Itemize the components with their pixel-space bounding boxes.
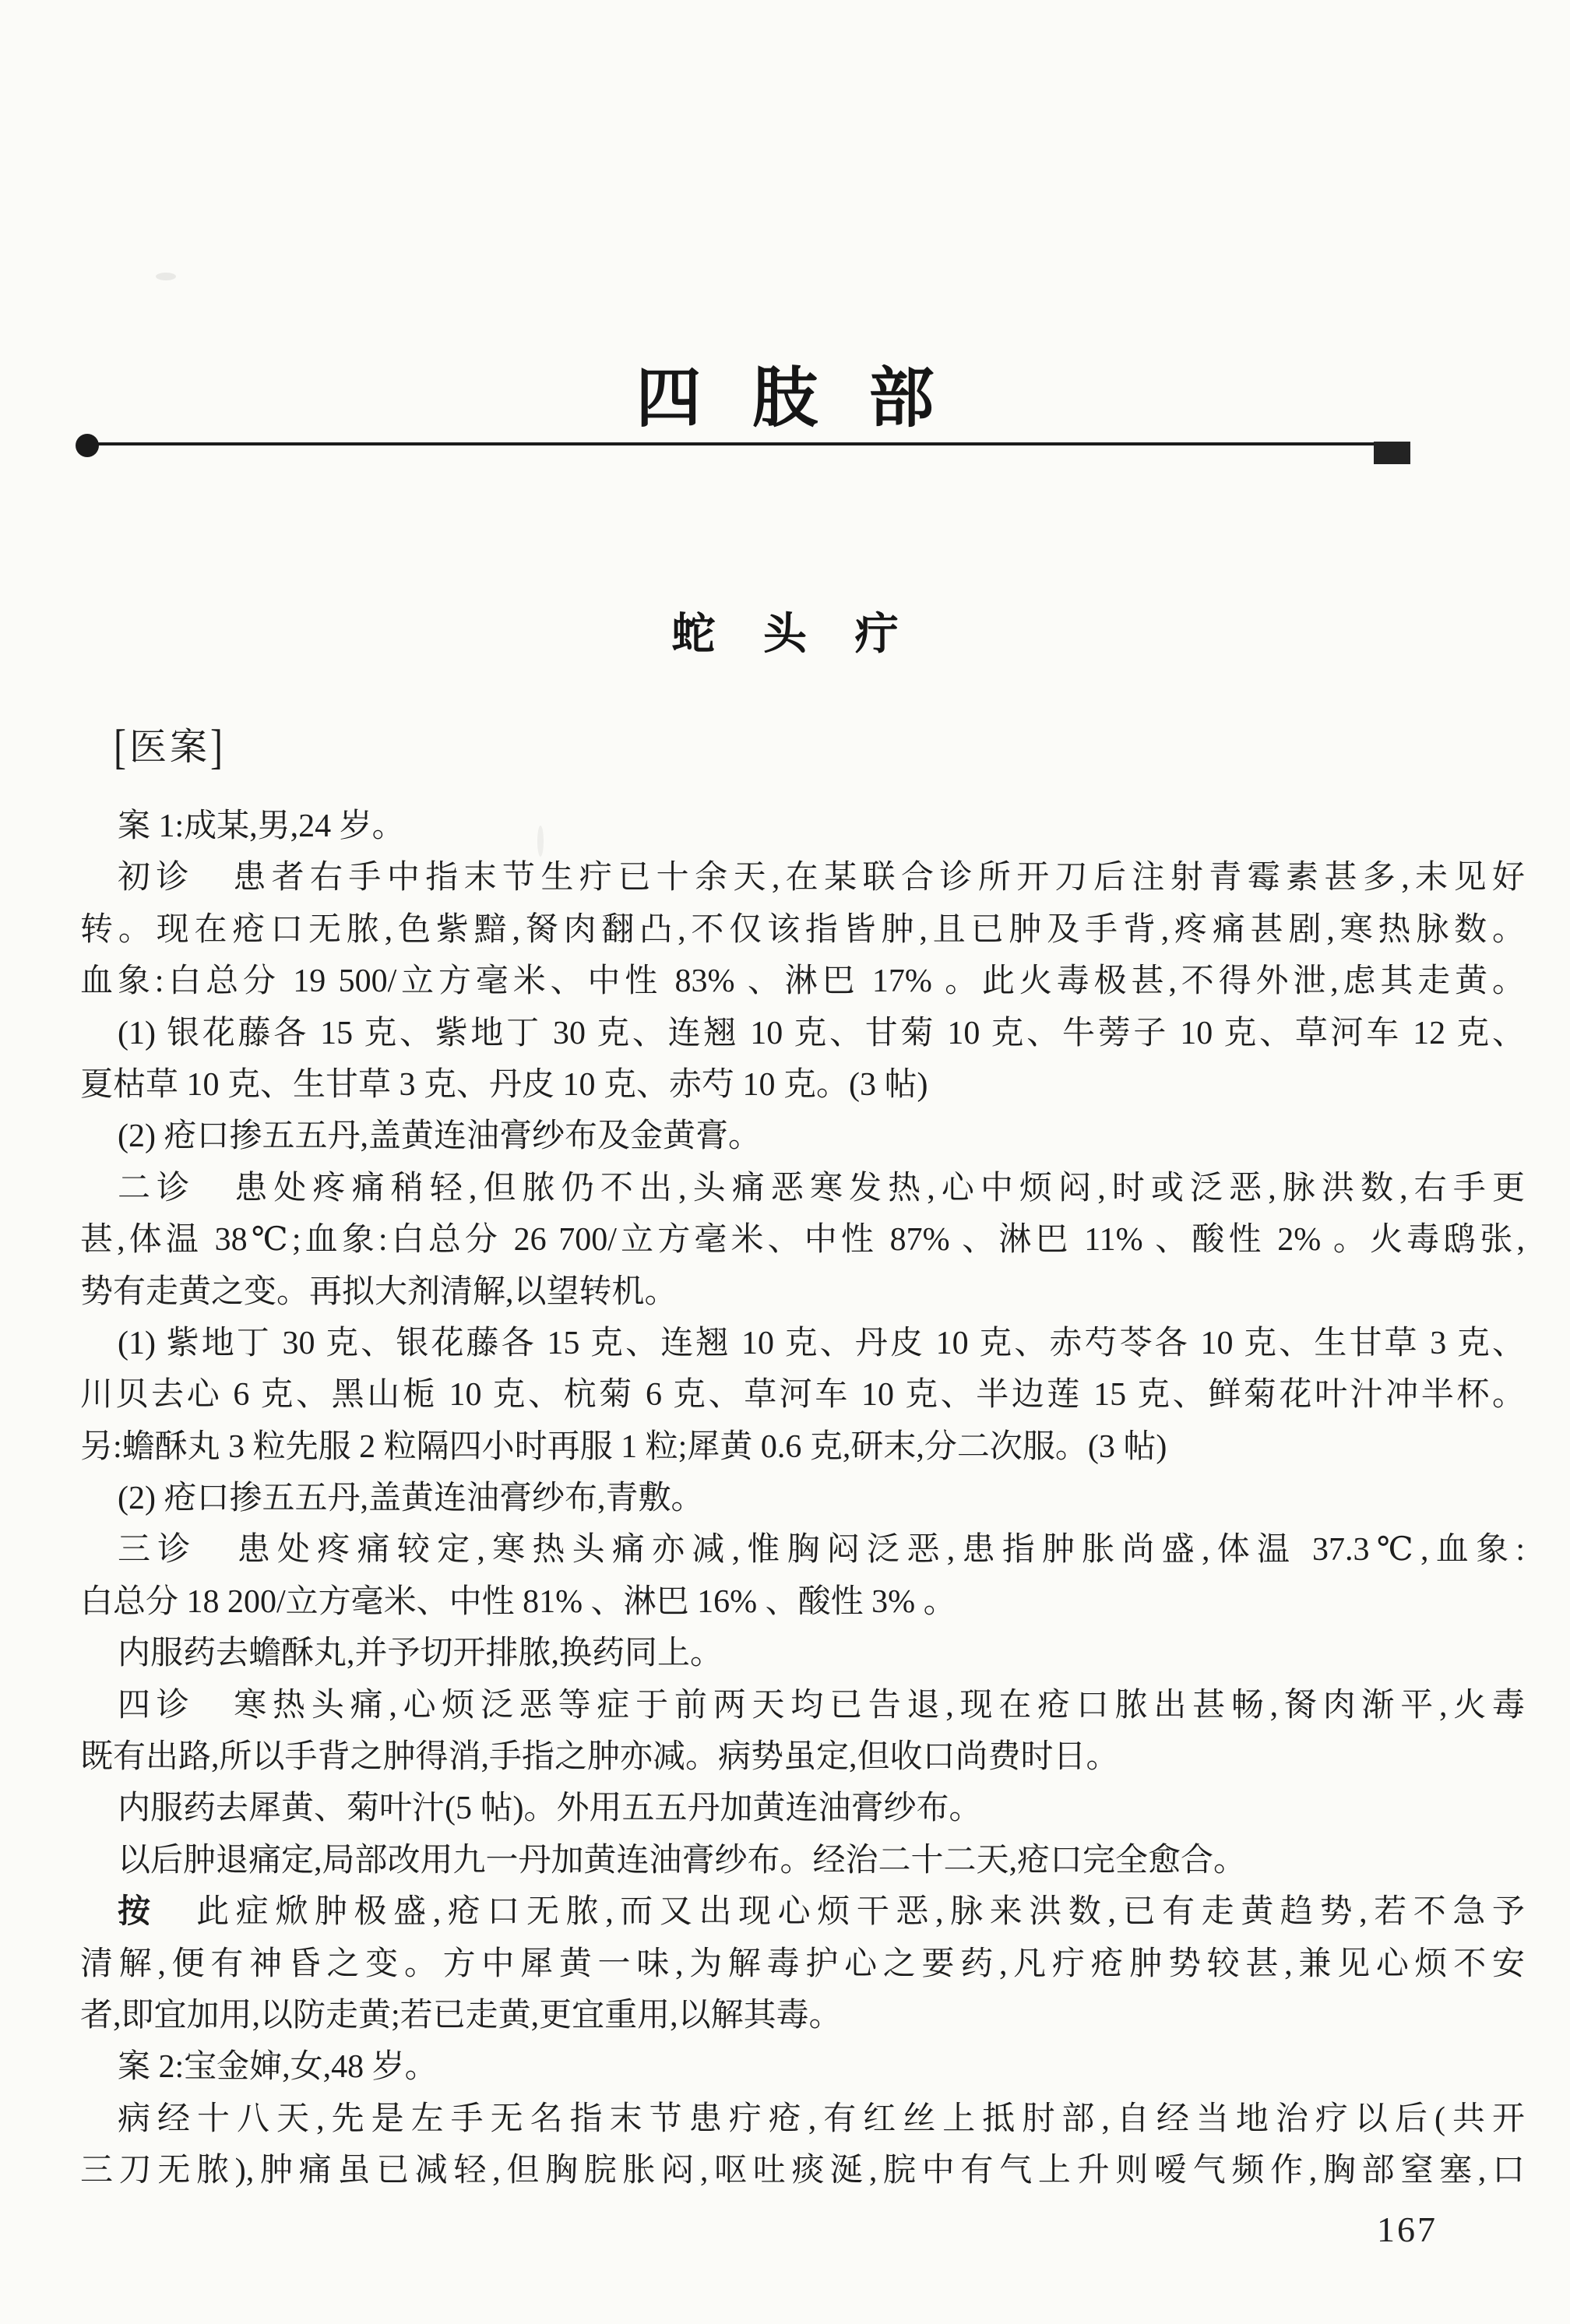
text-line: 甚,体温 38℃;血象:白总分 26 700/立方毫米、中性 87% 、淋巴 1… [80,1214,1525,1266]
emphasis-lead: 按 [118,1894,157,1930]
divider-dot [76,434,99,457]
text-line: 三刀无脓),肿痛虽已减轻,但胸脘胀闷,呕吐痰涎,脘中有气上升则嗳气频作,胸部窒塞… [80,2145,1525,2196]
text-line: (1) 银花藤各 15 克、紫地丁 30 克、连翘 10 克、甘菊 10 克、牛… [80,1008,1525,1059]
case-label-text: 医案 [129,727,210,768]
text-line: (1) 紫地丁 30 克、银花藤各 15 克、连翘 10 克、丹皮 10 克、赤… [80,1318,1525,1369]
divider-line [87,442,1376,445]
text-line: 案 2:宝金婶,女,48 岁。 [80,2041,1525,2093]
text-line: 另:蟾酥丸 3 粒先服 2 粒隔四小时再服 1 粒;犀黄 0.6 克,研末,分二… [80,1421,1525,1473]
text-line: 转。现在疮口无脓,色紫黯,胬肉翻凸,不仅该指皆肿,且已肿及手背,疼痛甚剧,寒热脉… [80,904,1525,956]
divider-end-square [1374,442,1410,464]
chapter-title: 四肢部 [0,346,1570,440]
text-line: 初诊 患者右手中指末节生疔已十余天,在某联合诊所开刀后注射青霉素甚多,未见好 [80,852,1525,903]
left-bracket: [ [114,720,129,776]
text-line: 二诊 患处疼痛稍轻,但脓仍不出,头痛恶寒发热,心中烦闷,时或泛恶,脉洪数,右手更 [80,1163,1525,1214]
scanned-book-page: 四肢部 蛇头疔 [医案] 案 1:成某,男,24 岁。初诊 患者右手中指末节生疔… [0,0,1570,2324]
text-line: 四诊 寒热头痛,心烦泛恶等症于前两天均已告退,现在疮口脓出甚畅,胬肉渐平,火毒 [80,1680,1525,1731]
scan-smudge [156,273,176,280]
text-line: 既有出路,所以手背之肿得消,手指之肿亦减。病势虽定,但收口尚费时日。 [80,1731,1525,1783]
text-line: (2) 疮口掺五五丹,盖黄连油膏纱布及金黄膏。 [80,1111,1525,1162]
text-line: 势有走黄之变。再拟大剂清解,以望转机。 [80,1266,1525,1318]
text-line: 血象:白总分 19 500/立方毫米、中性 83% 、淋巴 17% 。此火毒极甚… [80,956,1525,1007]
text-line: 按 此症焮肿极盛,疮口无脓,而又出现心烦干恶,脉来洪数,已有走黄趋势,若不急予 [80,1886,1525,1938]
scan-smudge [537,826,544,857]
text-line: 内服药去犀黄、菊叶汁(5 帖)。外用五五丹加黄连油膏纱布。 [80,1783,1525,1834]
body-text: 案 1:成某,男,24 岁。初诊 患者右手中指末节生疔已十余天,在某联合诊所开刀… [80,801,1525,2197]
right-bracket: ] [210,720,226,776]
text-line: 川贝去心 6 克、黑山栀 10 克、杭菊 6 克、草河车 10 克、半边莲 15… [80,1369,1525,1421]
text-line: 夏枯草 10 克、生甘草 3 克、丹皮 10 克、赤芍 10 克。(3 帖) [80,1059,1525,1111]
text-line: 者,即宜加用,以防走黄;若已走黄,更宜重用,以解其毒。 [80,1990,1525,2041]
text-line: (2) 疮口掺五五丹,盖黄连油膏纱布,青敷。 [80,1473,1525,1524]
text-line: 清解,便有神昏之变。方中犀黄一味,为解毒护心之要药,凡疔疮肿势较甚,兼见心烦不安 [80,1938,1525,1990]
text-line: 内服药去蟾酥丸,并予切开排脓,换药同上。 [80,1628,1525,1679]
page-number: 167 [1377,2209,1438,2250]
section-title: 蛇头疔 [0,600,1570,662]
case-section-label: [医案] [114,717,226,770]
text-line: 三诊 患处疼痛较定,寒热头痛亦减,惟胸闷泛恶,患指肿胀尚盛,体温 37.3℃,血… [80,1524,1525,1576]
text-line: 病经十八天,先是左手无名指末节患疔疮,有红丝上抵肘部,自经当地治疗以后(共开 [80,2093,1525,2145]
text-line: 案 1:成某,男,24 岁。 [80,801,1525,852]
text-line: 以后肿退痛定,局部改用九一丹加黄连油膏纱布。经治二十二天,疮口完全愈合。 [80,1835,1525,1886]
text-line: 白总分 18 200/立方毫米、中性 81% 、淋巴 16% 、酸性 3% 。 [80,1576,1525,1628]
